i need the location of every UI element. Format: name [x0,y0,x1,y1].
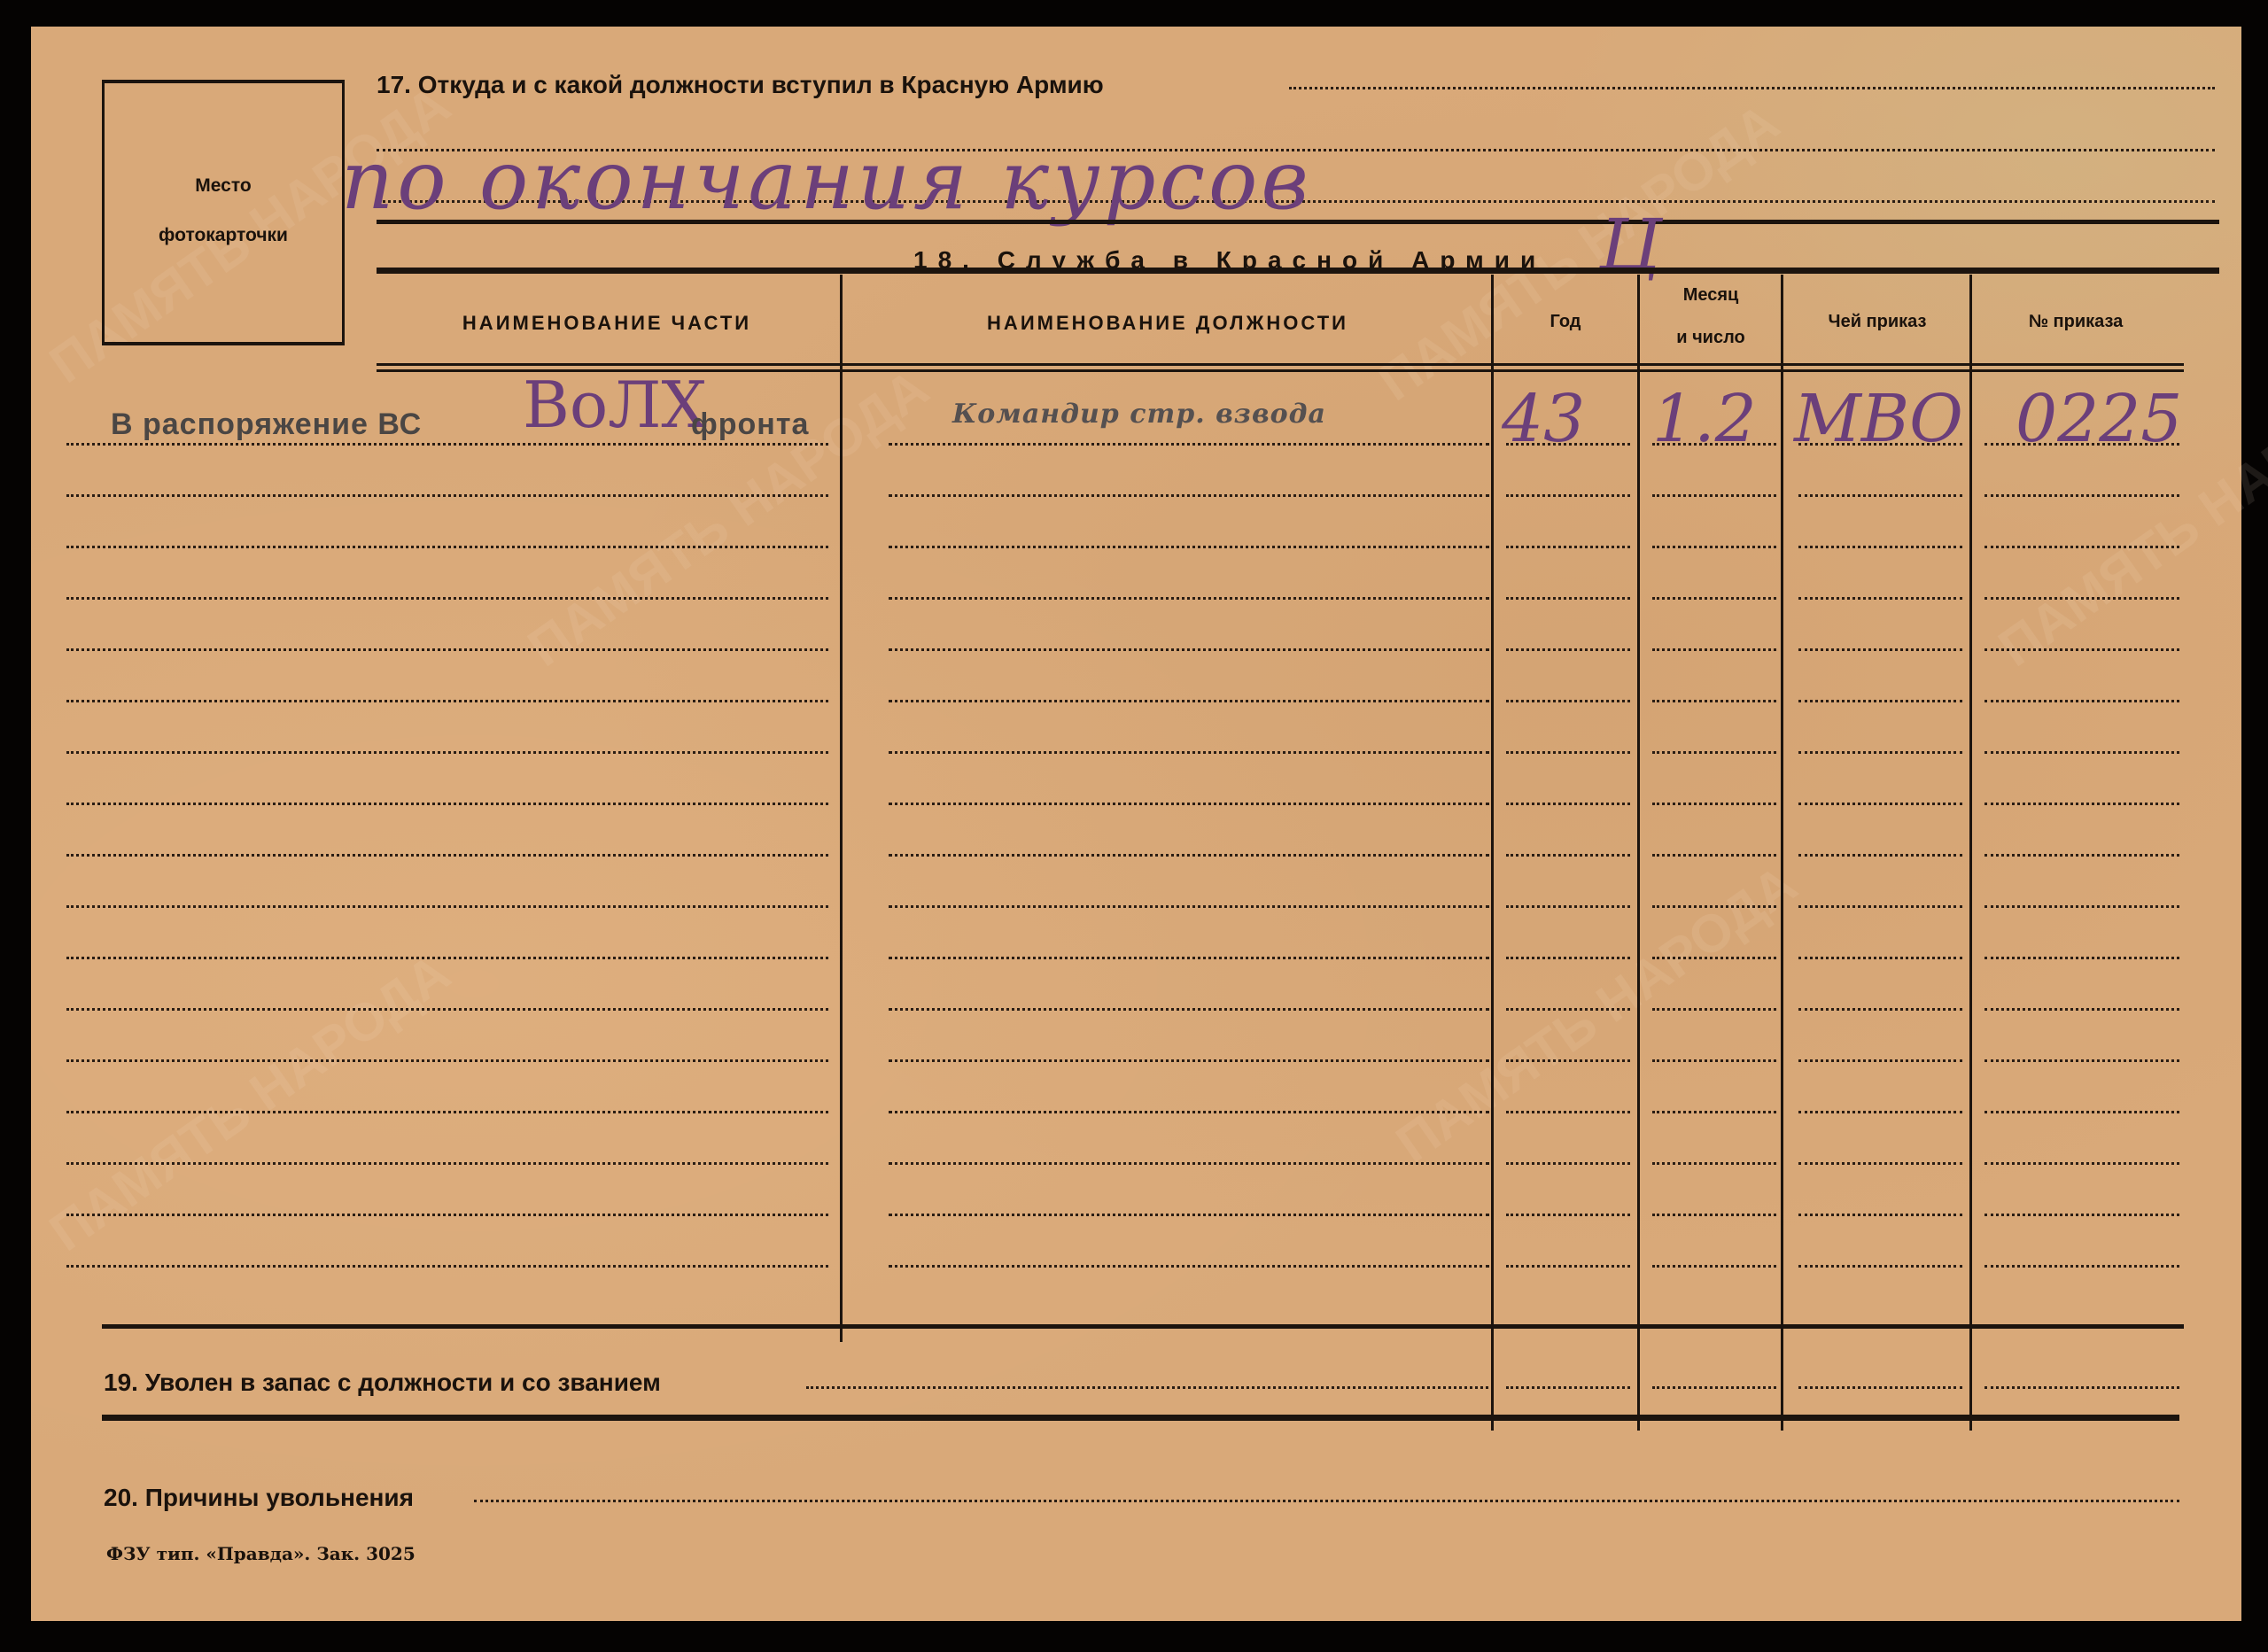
table-fill-line [1984,1111,2179,1113]
table-fill-line [889,751,1489,754]
col-header-month-line1: Месяц [1641,285,1781,306]
table-fill-line [1798,803,1962,805]
table-fill-line [1652,1162,1776,1165]
table-fill-line [66,648,828,651]
table-fill-line [66,751,828,754]
table-fill-line [889,957,1489,959]
table-fill-line [889,1008,1489,1011]
table-fill-line [1984,1059,2179,1062]
item20-label: 20. Причины увольнения [104,1484,414,1512]
table-fill-line [1984,854,2179,857]
table-fill-line [889,700,1489,702]
table-fill-line [1984,443,2179,446]
table-fill-line [1506,957,1630,959]
table-fill-line [1652,905,1776,908]
table-fill-line [889,803,1489,805]
table-fill-line [1984,597,2179,600]
table-fill-line [889,443,1489,446]
table-fill-line [1984,1008,2179,1011]
table-fill-line [1798,1008,1962,1011]
archive-form-card: ПАМЯТЬ НАРОДА ПАМЯТЬ НАРОДА ПАМЯТЬ НАРОД… [31,27,2241,1621]
table-fill-line [889,1111,1489,1113]
item19-fill-whose [1798,1386,1962,1389]
row1-position-stamp: Командир стр. взвода [952,399,1326,430]
table-fill-line [66,1265,828,1268]
table-fill-line [1652,546,1776,548]
table-fill-line [1652,854,1776,857]
table-fill-line [889,1265,1489,1268]
table-fill-line [1798,751,1962,754]
photo-placeholder-box: Место фотокарточки [102,80,345,345]
table-fill-line [1652,1214,1776,1216]
table-fill-line [889,494,1489,497]
table-fill-line [66,1059,828,1062]
table-fill-line [1984,905,2179,908]
table-fill-line [1506,700,1630,702]
table-fill-line [1798,700,1962,702]
header-rule-top [377,363,2184,366]
item17-label: 17. Откуда и с какой должности вступил в… [377,71,1104,99]
table-fill-line [1984,700,2179,702]
table-fill-line [1652,1111,1776,1113]
table-fill-line [1984,957,2179,959]
table-fill-line [1652,751,1776,754]
table-fill-line [1506,1162,1630,1165]
col-header-position: НАИМЕНОВАНИЕ ДОЛЖНОСТИ [844,312,1491,335]
col-header-whose-order: Чей приказ [1785,312,1969,332]
table-bottom-rule [102,1324,2184,1329]
col-header-year: Год [1495,312,1636,332]
table-fill-line [889,1059,1489,1062]
table-fill-line [1652,597,1776,600]
table-fill-line [1506,1059,1630,1062]
watermark: ПАМЯТЬ НАРОДА [1385,853,1807,1175]
row1-whose-order: МВО [1794,381,1963,457]
table-fill-line [1506,546,1630,548]
col-divider-1 [840,275,843,1342]
table-fill-line [1652,1265,1776,1268]
table-fill-line [1506,905,1630,908]
table-fill-line [1798,1214,1962,1216]
table-fill-line [1984,1214,2179,1216]
table-fill-line [1652,443,1776,446]
table-fill-line [1506,1008,1630,1011]
row1-year: 43 [1502,381,1585,457]
printer-imprint: ФЗУ тип. «Правда». Зак. 3025 [106,1543,416,1564]
table-fill-line [889,1214,1489,1216]
table-fill-line [1798,1162,1962,1165]
table-fill-line [1798,494,1962,497]
col-divider-5 [1969,275,1972,1431]
table-fill-line [1506,494,1630,497]
table-fill-line [66,443,828,446]
table-fill-line [1652,648,1776,651]
table-fill-line [1798,1265,1962,1268]
table-fill-line [1506,443,1630,446]
table-fill-line [66,700,828,702]
row1-unit-handwritten: ВоЛХ [523,368,707,442]
item19-fill-line [806,1386,1488,1389]
table-fill-line [66,905,828,908]
item19-fill-month [1652,1386,1776,1389]
margin-handwritten-mark: Ц [1599,204,1661,286]
table-fill-line [889,597,1489,600]
table-fill-line [66,546,828,548]
table-fill-line [889,905,1489,908]
col-header-order-no: № приказа [1974,312,2178,332]
photo-label-line2: фотокарточки [105,225,342,246]
col-divider-4 [1781,275,1783,1431]
table-fill-line [1652,1008,1776,1011]
table-fill-line [1506,751,1630,754]
table-fill-line [66,1162,828,1165]
table-fill-line [1652,700,1776,702]
table-fill-line [1798,1111,1962,1113]
col-divider-2 [1491,275,1494,1431]
table-fill-line [889,546,1489,548]
table-fill-line [889,648,1489,651]
item19-label: 19. Уволен в запас с должности и со зван… [104,1369,661,1397]
table-fill-line [1798,443,1962,446]
table-fill-line [1984,803,2179,805]
table-fill-line [1984,494,2179,497]
col-divider-3 [1637,275,1640,1431]
row1-unit-stamp-prefix: В распоряжение ВС [111,407,422,442]
table-fill-line [1506,648,1630,651]
table-fill-line [66,1008,828,1011]
item19-bottom-rule [102,1415,2179,1421]
table-fill-line [66,957,828,959]
item20-fill-line [474,1500,2179,1502]
item17-divider [377,220,2219,224]
table-fill-line [66,1111,828,1113]
table-fill-line [1652,803,1776,805]
table-fill-line [1984,546,2179,548]
table-fill-line [1506,597,1630,600]
item19-fill-year [1506,1386,1630,1389]
table-fill-line [889,854,1489,857]
col-header-unit: НАИМЕНОВАНИЕ ЧАСТИ [377,312,837,335]
table-fill-line [1984,648,2179,651]
table-fill-line [1506,1111,1630,1113]
table-fill-line [66,854,828,857]
table-fill-line [1798,648,1962,651]
item17-handwritten-answer: по окончания курсов [341,133,1312,228]
table-fill-line [66,803,828,805]
table-fill-line [1984,751,2179,754]
table-fill-line [1798,597,1962,600]
table-fill-line [1506,854,1630,857]
table-fill-line [1506,1265,1630,1268]
table-fill-line [1506,803,1630,805]
item17-fill-line-1 [1289,87,2215,89]
table-fill-line [1984,1162,2179,1165]
table-fill-line [1798,854,1962,857]
table-fill-line [1798,957,1962,959]
table-fill-line [1798,905,1962,908]
photo-label-line1: Место [105,175,342,197]
col-header-month-line2: и число [1641,328,1781,348]
row1-month-day: 1.2 [1652,381,1757,457]
table-fill-line [1798,1059,1962,1062]
table-fill-line [66,494,828,497]
table-fill-line [66,597,828,600]
table-fill-line [1984,1265,2179,1268]
row1-unit-stamp-suffix: фронта [691,407,809,442]
table-fill-line [889,1162,1489,1165]
table-fill-line [1506,1214,1630,1216]
table-fill-line [1652,494,1776,497]
table-fill-line [1798,546,1962,548]
item18-top-rule [377,268,2219,274]
item19-fill-no [1984,1386,2179,1389]
table-fill-line [1652,957,1776,959]
table-fill-line [66,1214,828,1216]
row1-order-no: 0225 [2016,381,2182,457]
table-fill-line [1652,1059,1776,1062]
